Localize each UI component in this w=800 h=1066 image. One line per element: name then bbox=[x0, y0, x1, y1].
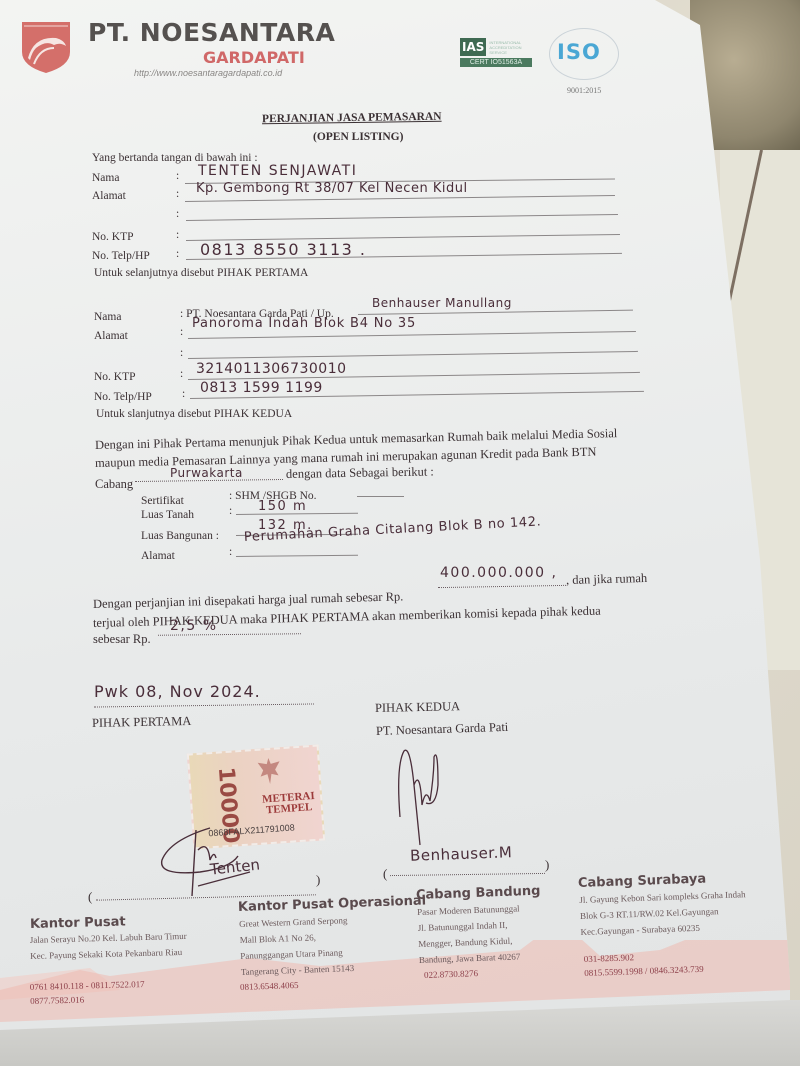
company-name: PT. NOESANTARA bbox=[88, 18, 335, 47]
harga-value[interactable]: 400.000.000 , bbox=[440, 565, 557, 581]
alamat-rumah-line bbox=[236, 555, 358, 557]
office-operasional-phones: 0813.6548.4065 bbox=[240, 978, 299, 994]
sertifikat-label: Sertifikat bbox=[141, 495, 184, 507]
pihak-pertama-label: PIHAK PERTAMA bbox=[92, 714, 192, 731]
p1-alamat-line bbox=[185, 195, 615, 202]
garuda-emblem-icon bbox=[255, 755, 283, 787]
p1-closing: Untuk selanjutnya disebut PIHAK PERTAMA bbox=[94, 267, 308, 279]
pihak-pertama-paren: ( bbox=[88, 889, 92, 905]
luas-tanah-colon: : bbox=[229, 505, 232, 517]
office-kantor-pusat-phones: 0761 8410.118 - 0811.7522.017 0877.7582.… bbox=[30, 977, 146, 1008]
luas-tanah-label: Luas Tanah bbox=[141, 509, 194, 521]
cabang-value[interactable]: Purwakarta bbox=[170, 466, 243, 480]
pihak-pertama-paren-close: ) bbox=[316, 872, 320, 888]
p2-closing: Untuk slanjutnya disebut PIHAK KEDUA bbox=[96, 408, 292, 420]
para2-suffix: , dan jika rumah bbox=[566, 571, 648, 588]
p1-alamat2-colon: : bbox=[176, 208, 179, 220]
place-date-value[interactable]: Pwk 08, Nov 2024. bbox=[94, 682, 261, 701]
p2-nama-line bbox=[358, 310, 633, 315]
p2-nama-value[interactable]: Benhauser Manullang bbox=[372, 296, 512, 310]
office-bandung-name: Cabang Bandung bbox=[416, 884, 541, 903]
company-website: http://www.noesantaragardapati.co.id bbox=[134, 68, 282, 78]
cabang-suffix: dengan data Sebagai berikut : bbox=[286, 464, 434, 482]
p2-telp-label: No. Telp/HP bbox=[94, 391, 152, 403]
alamat-rumah-label: Alamat bbox=[141, 550, 175, 562]
ias-cert-number: CERT IO51563A bbox=[460, 58, 532, 67]
eagle-shield-logo-icon bbox=[20, 18, 72, 74]
p1-ktp-colon: : bbox=[176, 229, 179, 241]
pihak-kedua-label: PIHAK KEDUA bbox=[375, 699, 460, 716]
company-subname: GARDAPATI bbox=[203, 48, 305, 67]
agreement-paper: PT. NOESANTARA GARDAPATI http://www.noes… bbox=[0, 0, 790, 1030]
pihak-kedua-name[interactable]: Benhauser.M bbox=[410, 843, 513, 865]
iso-logo-text: ISO bbox=[557, 40, 601, 64]
phone-line: 0761 8410.118 - 0811.7522.017 bbox=[30, 977, 145, 994]
document-subtitle: (OPEN LISTING) bbox=[313, 131, 403, 143]
phone-line: 0813.6548.4065 bbox=[240, 978, 299, 994]
p2-ktp-label: No. KTP bbox=[94, 371, 136, 383]
p2-alamat2-line[interactable] bbox=[188, 351, 638, 359]
iso-standard: 9001:2015 bbox=[567, 86, 601, 95]
pihak-kedua-paren: ( bbox=[383, 866, 387, 882]
harga-line bbox=[438, 585, 566, 588]
office-bandung-address: Pasar Moderen Batununggal Jl. Batunungga… bbox=[417, 900, 522, 968]
p2-alamat-label: Alamat bbox=[94, 330, 128, 342]
stamp-label: METERAI TEMPEL bbox=[262, 791, 316, 817]
office-operasional-address: Great Western Grand Serpong Mall Blok A1… bbox=[239, 912, 355, 980]
iso-badge: ISO 9001:2015 bbox=[545, 28, 621, 88]
brand-block: PT. NOESANTARA GARDAPATI http://www.noes… bbox=[88, 18, 335, 47]
ias-text: INTERNATIONAL ACCREDITATION SERVICE bbox=[489, 40, 529, 55]
p1-ktp-label: No. KTP bbox=[92, 231, 134, 243]
cabang-label: Cabang bbox=[95, 477, 133, 492]
ias-logo-icon: IAS bbox=[460, 38, 486, 56]
office-kantor-pusat-address: Jalan Serayu No.20 Kel. Labuh Baru Timur… bbox=[30, 928, 188, 964]
p2-telp-value[interactable]: 0813 1599 1199 bbox=[200, 380, 323, 396]
p2-ktp-colon: : bbox=[180, 368, 183, 380]
document-title: PERJANJIAN JASA PEMASARAN bbox=[262, 111, 442, 126]
office-surabaya-phones: 031-8285.902 0815.5599.1998 / 0846.3243.… bbox=[584, 948, 704, 980]
komisi-prefix: sebesar Rp. bbox=[93, 632, 151, 647]
p2-alamat2-colon: : bbox=[180, 347, 183, 359]
place-date-line bbox=[94, 703, 314, 707]
stamp-label-line2: TEMPEL bbox=[263, 802, 316, 817]
p2-telp-colon: : bbox=[182, 388, 185, 400]
p1-alamat-value[interactable]: Kp. Gembong Rt 38/07 Kel Necen Kidul bbox=[196, 181, 468, 196]
p2-alamat-colon: : bbox=[180, 326, 183, 338]
pihak-kedua-paren-close: ) bbox=[545, 857, 549, 873]
sertifikat-no-line[interactable] bbox=[357, 496, 404, 497]
p2-alamat-value[interactable]: Panoroma Indah Blok B4 No 35 bbox=[192, 316, 416, 331]
office-bandung-phones: 022.8730.8276 bbox=[424, 966, 478, 982]
pihak-kedua-company: PT. Noesantara Garda Pati bbox=[376, 720, 509, 739]
p1-nama-value[interactable]: TENTEN SENJAWATI bbox=[198, 163, 357, 179]
p1-nama-label: Nama bbox=[92, 172, 119, 184]
office-surabaya-address: Jl. Gayung Kebon Sari kompleks Graha Ind… bbox=[579, 886, 747, 940]
p1-alamat2-line[interactable] bbox=[186, 214, 618, 221]
p1-telp-label: No. Telp/HP bbox=[92, 250, 150, 262]
p1-telp-value[interactable]: 0813 8550 3113 . bbox=[200, 240, 367, 259]
p1-alamat-label: Alamat bbox=[92, 190, 126, 202]
p2-alamat-line bbox=[188, 331, 636, 339]
komisi-value[interactable]: 2,5 % bbox=[170, 618, 218, 634]
pihak-kedua-signature-icon bbox=[390, 745, 450, 850]
p2-ktp-value[interactable]: 3214011306730010 bbox=[196, 361, 347, 377]
p1-nama-colon: : bbox=[176, 170, 179, 182]
luas-bangunan-label: Luas Bangunan : bbox=[141, 530, 219, 542]
p1-alamat-colon: : bbox=[176, 188, 179, 200]
p1-telp-colon: : bbox=[176, 248, 179, 260]
alamat-rumah-colon: : bbox=[229, 546, 232, 558]
ias-badge: IAS INTERNATIONAL ACCREDITATION SERVICE … bbox=[460, 38, 532, 67]
phone-line: 0877.7582.016 bbox=[30, 991, 145, 1008]
phone-line: 022.8730.8276 bbox=[424, 966, 478, 982]
luas-tanah-value[interactable]: 150 m bbox=[258, 499, 307, 514]
pihak-kedua-sign-line bbox=[390, 873, 545, 876]
p2-nama-label: Nama bbox=[94, 311, 121, 323]
